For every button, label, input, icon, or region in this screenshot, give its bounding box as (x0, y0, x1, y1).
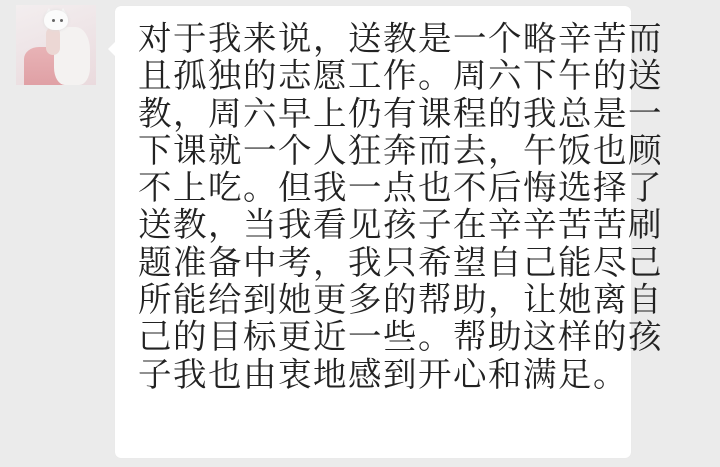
message-text: 对于我来说，送教是一个略辛苦而 且孤独的志愿工作。周六下午的送 教，周六早上仍有… (138, 20, 578, 393)
message-line: 对于我来说，送教是一个略辛苦而 (138, 20, 578, 57)
bubble-pointer-icon (108, 42, 115, 56)
message-bubble[interactable]: 对于我来说，送教是一个略辛苦而 且孤独的志愿工作。周六下午的送 教，周六早上仍有… (115, 6, 631, 458)
message-line: 且孤独的志愿工作。周六下午的送 (138, 57, 578, 94)
message-line: 不上吃。但我一点也不后悔选择了 (138, 169, 578, 206)
sender-avatar[interactable] (16, 5, 96, 85)
message-line: 子我也由衷地感到开心和满足。 (138, 356, 578, 393)
message-line: 送教，当我看见孩子在辛辛苦苦刷 (138, 206, 578, 243)
message-line: 己的目标更近一些。帮助这样的孩 (138, 318, 578, 355)
message-line: 下课就一个人狂奔而去，午饭也顾 (138, 132, 578, 169)
message-line: 题准备中考，我只希望自己能尽己 (138, 244, 578, 281)
chat-message-row: 对于我来说，送教是一个略辛苦而 且孤独的志愿工作。周六下午的送 教，周六早上仍有… (0, 0, 720, 467)
message-line: 所能给到她更多的帮助，让她离自 (138, 281, 578, 318)
message-line: 教，周六早上仍有课程的我总是一 (138, 95, 578, 132)
avatar-cat-eye-icon (60, 19, 63, 22)
avatar-cat-head (44, 10, 68, 30)
avatar-arm-shape (46, 27, 60, 55)
avatar-cat-eye-icon (52, 19, 55, 22)
